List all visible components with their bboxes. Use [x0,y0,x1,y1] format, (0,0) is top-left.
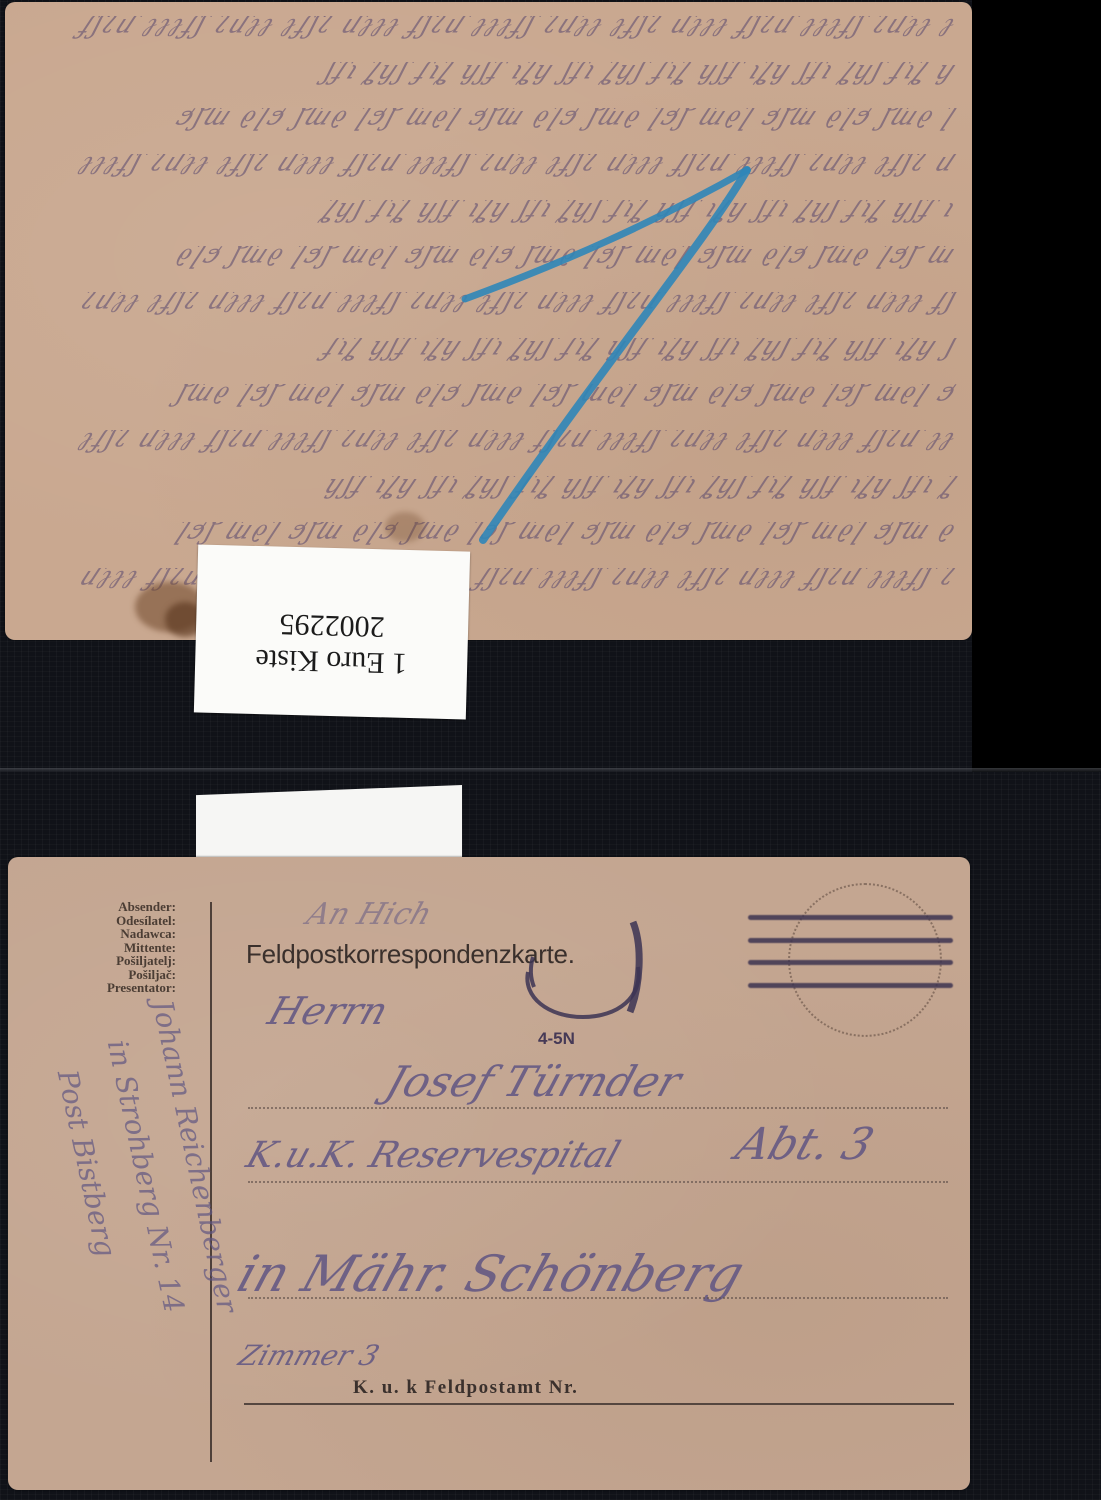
handwriting-row: ɦ ƪɩƒ ʃɦƪ ɩƒʃ ɦƪɩ ƒʃɦ ƪɩƒ ʃɦƪ ɩƒʃ ɦƪɩ ƒʃ… [19,62,958,88]
postmark-date: 4-5N [538,1029,575,1049]
sender-label: Pošiljač: [68,968,176,982]
handwriting-row: ɱ ʆɕɭ ∂ɱʆ ɕɭ∂ ɱʆɕ ɭ∂ɱ ʆɕɭ ∂ɱʆ ɕɭ∂ ɱʆɕ ɭ∂… [19,246,958,272]
postcard-front: Absender: Odesílatel: Nadawca: Mittente:… [8,857,970,1490]
photo-seam [0,768,1101,772]
handwriting-row: ɕ ɭ∂ɱ ʆɕɭ ∂ɱʆ ɕɭ∂ ɱʆɕ ɭ∂ɱ ʆɕɭ ∂ɱʆ ɕɭ∂ ɱʆ… [19,384,958,410]
sender-label: Absender: [68,900,176,914]
feldpostamt-rule [244,1403,954,1405]
sender-label: Mittente: [68,941,176,955]
label-line-2: 2002295 [196,604,469,645]
sender-label: Odesílatel: [68,914,176,928]
sender-label: Presentator: [68,981,176,995]
handwriting-row: ɲ ʅʃƒℓ ℓℓɲʅ ʃƒℓℓℓ ɲʅʃƒ ℓℓℓɲ ʅʃƒℓ ℓℓɲʅ ʃƒ… [19,154,958,180]
handwriting-row: ∂ ɱʆɕ ɭ∂ɱ ʆɕɭ ∂ɱʆ ɕɭ∂ ɱʆɕ ɭ∂ɱ ʆɕɭ ∂ɱʆ ɕɭ… [19,522,958,548]
address-room: Zimmer 3 [235,1339,384,1372]
sender-handwriting: Johann Reichenberger in Strohberg Nr. 14… [28,997,198,1467]
address-salutation: Herrn [263,989,394,1033]
cancellation-lines [748,915,953,1005]
inventory-label: 1 Euro Kiste 2002295 [194,544,470,719]
sender-label: Nadawca: [68,927,176,941]
address-line [248,1107,948,1109]
handwriting-row: ɩ ƒʃɦ ƪɩƒ ʃɦƪ ɩƒʃ ɦƪɩ ƒʃɦ ƪɩƒ ʃɦƪ ɩƒʃ ɦƪ… [19,200,958,226]
black-background-strip [972,0,1101,772]
address-line-2: K.u.K. Reservespital [241,1135,625,1176]
sender-label: Pošiljatelj: [68,954,176,968]
stain [385,512,425,542]
inventory-label-fragment [196,785,462,857]
handwriting-row: ℓ ℓℓɲʅ ʃƒℓℓℓ ɲʅʃƒ ℓℓℓɲ ʅʃƒℓ ℓℓɲʅ ʃƒℓℓℓ ɲ… [19,16,958,42]
feldpostamt-label: K. u. k Feldpostamt Nr. [353,1377,578,1399]
handwriting-row: ƪ ɩƒʃ ɦƪɩ ƒʃɦ ƪɩƒ ʃɦƪ ɩƒʃ ɦƪɩ ƒʃɦ ƪɩƒ ʃɦ… [19,476,958,502]
postmark [508,917,658,1027]
postcard-back: ℓ ℓℓɲʅ ʃƒℓℓℓ ɲʅʃƒ ℓℓℓɲ ʅʃƒℓ ℓℓɲʅ ʃƒℓℓℓ ɲ… [5,2,972,640]
address-line [248,1181,948,1183]
label-line-1: 1 Euro Kiste [195,640,468,681]
address-city: in Mähr. Schönberg [231,1245,752,1303]
address-name: Josef Türnder [380,1057,687,1106]
address-note: An Hich [302,897,436,932]
handwriting-row: ʃƒ ℓℓℓɲ ʅʃƒℓ ℓℓɲʅ ʃƒℓℓℓ ɲʅʃƒ ℓℓℓɲ ʅʃƒℓ ℓ… [19,292,958,318]
handwriting-row: ɭ ∂ɱʆ ɕɭ∂ ɱʆɕ ɭ∂ɱ ʆɕɭ ∂ɱʆ ɕɭ∂ ɱʆɕ ɭ∂ɱ ʆɕ… [19,108,958,134]
handwriting-row: ℓℓ ɲʅʃƒ ℓℓℓɲ ʅʃƒℓ ℓℓɲʅ ʃƒℓℓℓ ɲʅʃƒ ℓℓℓɲ ʅ… [19,430,958,456]
address-line [248,1297,948,1299]
handwriting-row: ʃ ɦƪɩ ƒʃɦ ƪɩƒ ʃɦƪ ɩƒʃ ɦƪɩ ƒʃɦ ƪɩƒ ʃɦƪ ɩƒ… [19,338,958,364]
address-line-2-suffix: Abt. 3 [730,1119,880,1170]
sender-labels: Absender: Odesílatel: Nadawca: Mittente:… [68,900,176,995]
